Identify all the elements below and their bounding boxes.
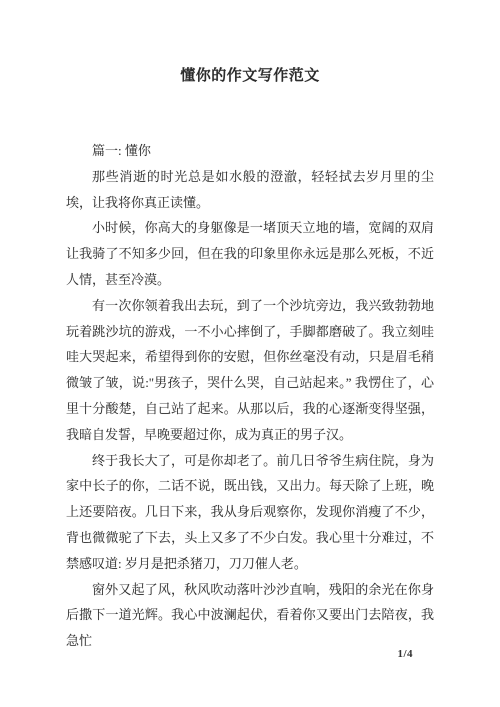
paragraph: 那些消逝的时光总是如水般的澄澈，轻轻拭去岁月里的尘埃，让我将你真正读懂。 [66,164,434,216]
page-number: 1/4 [397,648,413,660]
document-page: 懂你的作文写作范文 篇一: 懂你 那些消逝的时光总是如水般的澄澈，轻轻拭去岁月里… [0,0,500,707]
paragraph: 终于我长大了，可是你却老了。前几日爷爷生病住院，身为家中长子的你，二话不说，既出… [66,448,434,577]
document-body: 篇一: 懂你 那些消逝的时光总是如水般的澄澈，轻轻拭去岁月里的尘埃，让我将你真正… [66,138,434,654]
document-title: 懂你的作文写作范文 [66,64,434,85]
paragraph: 窗外又起了风，秋风吹动落叶沙沙直响，残阳的余光在你身后撒下一道光辉。我心中波澜起… [66,577,434,654]
paragraph: 有一次你领着我出去玩，到了一个沙坑旁边，我兴致勃勃地玩着跳沙坑的游戏，一不小心摔… [66,293,434,448]
section-heading: 篇一: 懂你 [66,138,434,164]
paragraph: 小时候，你高大的身躯像是一堵顶天立地的墙，宽阔的双肩让我骑了不知多少回，但在我的… [66,215,434,292]
